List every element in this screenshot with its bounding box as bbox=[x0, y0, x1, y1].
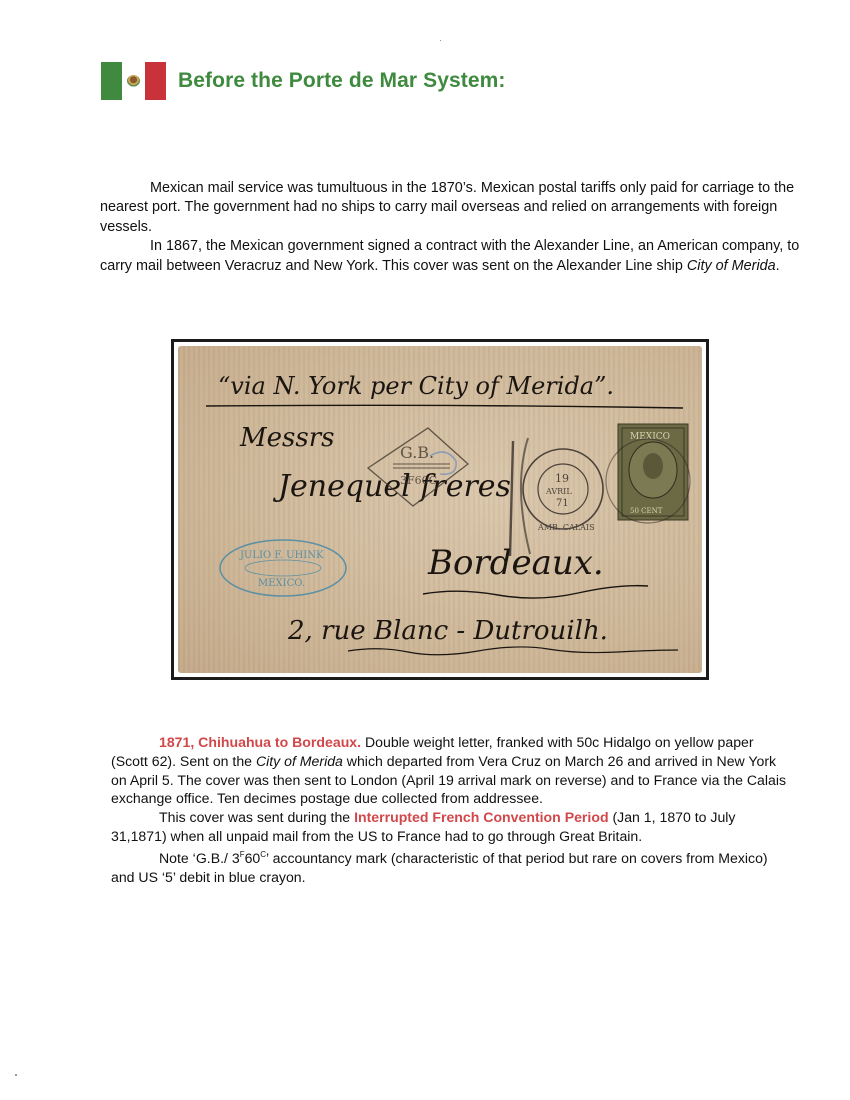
scan-speck bbox=[15, 1074, 17, 1076]
svg-text:MEXICO.: MEXICO. bbox=[258, 578, 305, 589]
sender-cachet: JULIO F. UHINK MEXICO. bbox=[220, 540, 346, 596]
svg-text:71: 71 bbox=[556, 498, 569, 509]
svg-text:3F60C: 3F60C bbox=[400, 474, 437, 487]
svg-text:50 CENT: 50 CENT bbox=[630, 507, 663, 515]
page-title: Before the Porte de Mar System: bbox=[178, 69, 506, 93]
caption-paragraph-1: 1871, Chihuahua to Bordeaux. Double weig… bbox=[111, 733, 791, 808]
scan-speck bbox=[440, 40, 441, 41]
mexico-flag-icon bbox=[101, 62, 166, 100]
period-highlight: Interrupted French Convention Period bbox=[354, 809, 609, 825]
manuscript-city: Bordeaux. bbox=[427, 543, 604, 583]
hidalgo-50c-stamp: MEXICO 50 CENT bbox=[606, 424, 690, 523]
svg-text:19: 19 bbox=[555, 472, 569, 485]
cover-description: 1871, Chihuahua to Bordeaux. Double weig… bbox=[111, 733, 791, 886]
cover-heading: 1871, Chihuahua to Bordeaux. bbox=[159, 734, 361, 750]
postal-cover-image: “via N. York per City of Merida”. Messrs… bbox=[178, 346, 702, 673]
intro-paragraph-2: In 1867, the Mexican government signed a… bbox=[100, 237, 800, 276]
svg-text:AMB. CALAIS: AMB. CALAIS bbox=[537, 523, 595, 532]
manuscript-street: 2, rue Blanc - Dutrouilh. bbox=[287, 616, 608, 646]
intro-text: Mexican mail service was tumultuous in t… bbox=[100, 179, 800, 276]
postage-due-mark bbox=[510, 441, 513, 556]
manuscript-route-line: “via N. York per City of Merida”. bbox=[218, 372, 614, 400]
svg-text:JULIO F. UHINK: JULIO F. UHINK bbox=[239, 550, 324, 561]
ship-name: City of Merida bbox=[687, 258, 776, 274]
manuscript-addressee: Jenequel freres bbox=[272, 469, 511, 504]
cover-image-frame: “via N. York per City of Merida”. Messrs… bbox=[171, 339, 709, 680]
eagle-emblem-icon bbox=[127, 75, 140, 87]
calais-date-stamp: 19 AVRIL 71 AMB. CALAIS bbox=[523, 449, 603, 532]
manuscript-messrs: Messrs bbox=[239, 423, 334, 453]
caption-paragraph-2: This cover was sent during the Interrupt… bbox=[111, 808, 791, 846]
svg-text:AVRIL: AVRIL bbox=[545, 487, 572, 496]
intro-paragraph-1: Mexican mail service was tumultuous in t… bbox=[100, 179, 800, 237]
caption-paragraph-3: Note ‘G.B./ 3F60C’ accountancy mark (cha… bbox=[111, 846, 791, 887]
svg-text:G.B.: G.B. bbox=[400, 443, 434, 462]
page-header: Before the Porte de Mar System: bbox=[101, 61, 506, 101]
